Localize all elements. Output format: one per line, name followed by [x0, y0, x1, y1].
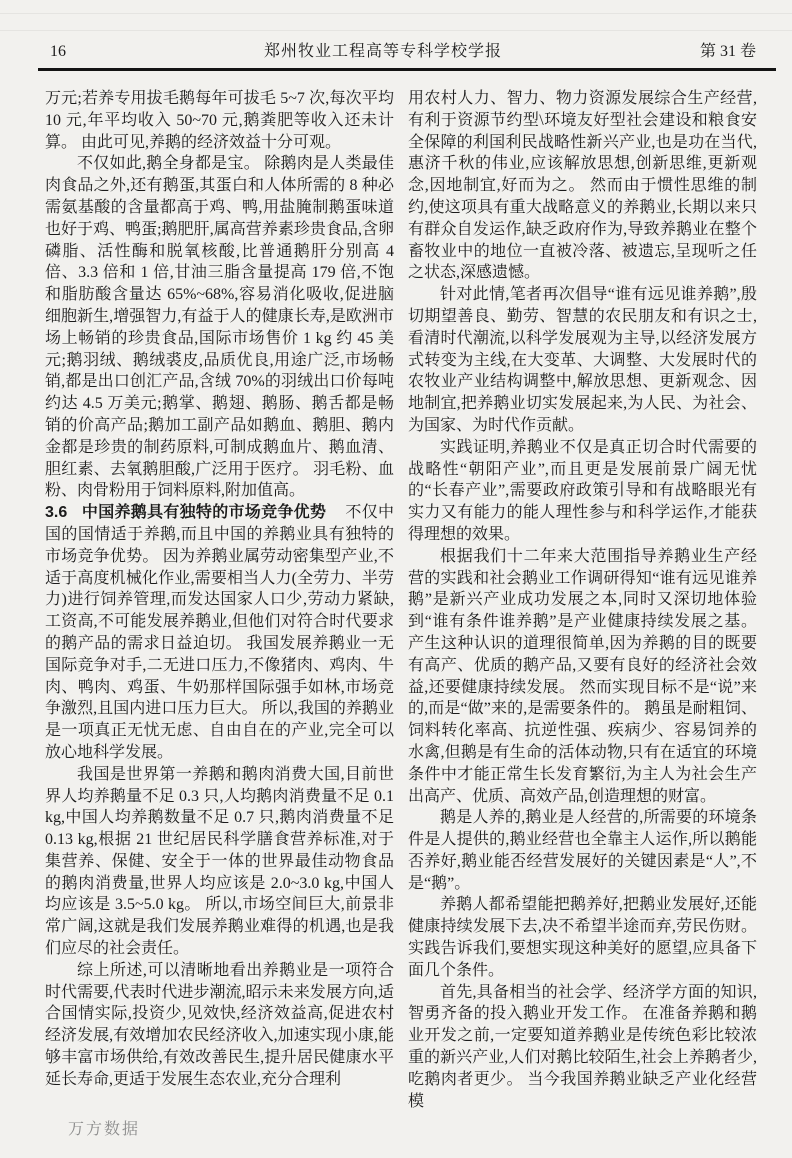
paragraph: 养鹅人都希望能把鹅养好,把鹅业发展好,还能健康持续发展下去,决不希望半途而弃,劳…: [408, 894, 757, 981]
journal-page: 16 郑州牧业工程高等专科学校学报 第 31 卷 万元;若养专用拔毛鹅每年可拔毛…: [0, 0, 792, 1158]
paragraph-continuation: 用农村人力、智力、物力资源发展综合生产经营,有利于资源节约型\环境友好型社会建设…: [408, 88, 757, 284]
paragraph: 根据我们十二年来大范围指导养鹅业生产经营的实践和社会鹅业工作调研得知“谁有远见谁…: [408, 546, 757, 808]
left-column: 万元;若养专用拔毛鹅每年可拔毛 5~7 次,每次平均 10 元,年平均收入 50…: [45, 88, 394, 1112]
right-column: 用农村人力、智力、物力资源发展综合生产经营,有利于资源节约型\环境友好型社会建设…: [408, 88, 757, 1112]
volume-label: 第 31 卷: [700, 42, 758, 62]
section-text: 不仅中国的国情适于养鹅,而且中国的养鹅业具有独特的市场竞争优势。 因为养鹅业属劳…: [45, 504, 394, 761]
page-header: 16 郑州牧业工程高等专科学校学报 第 31 卷: [40, 42, 758, 62]
paragraph: 首先,具备相当的社会学、经济学方面的知识,智勇齐备的投入鹅业开发工作。 在准备养…: [408, 982, 757, 1113]
section-heading: 中国养鹅具有独特的市场竞争优势: [82, 504, 327, 521]
journal-title: 郑州牧业工程高等专科学校学报: [264, 42, 502, 62]
header-rule: [38, 68, 776, 71]
paragraph: 实践证明,养鹅业不仅是真正切合时代需要的战略性“朝阳产业”,而且更是发展前景广阔…: [408, 437, 757, 546]
scan-artifact-line: [0, 30, 792, 31]
section-number: 3.6: [45, 504, 67, 521]
paragraph: 鹅是人养的,鹅业是人经营的,所需要的环境条件是人提供的,鹅业经营也全靠主人运作,…: [408, 807, 757, 894]
page-number: 16: [40, 42, 66, 62]
paragraph-continuation: 万元;若养专用拔毛鹅每年可拔毛 5~7 次,每次平均 10 元,年平均收入 50…: [45, 88, 394, 153]
scan-artifact-line: [0, 13, 792, 14]
paragraph: 不仅如此,鹅全身都是宝。 除鹅肉是人类最佳肉食品之外,还有鹅蛋,其蛋白和人体所需…: [45, 153, 394, 502]
paragraph: 针对此情,笔者再次倡导“谁有远见谁养鹅”,殷切期望善良、勤劳、智慧的农民朋友和有…: [408, 284, 757, 437]
article-body: 万元;若养专用拔毛鹅每年可拔毛 5~7 次,每次平均 10 元,年平均收入 50…: [45, 88, 757, 1112]
paragraph: 我国是世界第一养鹅和鹅肉消费大国,目前世界人均养鹅量不足 0.3 只,人均鹅肉消…: [45, 764, 394, 960]
watermark: 万方数据: [68, 1116, 140, 1139]
section-3-6-paragraph: 3.6中国养鹅具有独特的市场竞争优势不仅中国的国情适于养鹅,而且中国的养鹅业具有…: [45, 502, 394, 764]
paragraph: 综上所述,可以清晰地看出养鹅业是一项符合时代需要,代表时代进步潮流,昭示未来发展…: [45, 960, 394, 1091]
